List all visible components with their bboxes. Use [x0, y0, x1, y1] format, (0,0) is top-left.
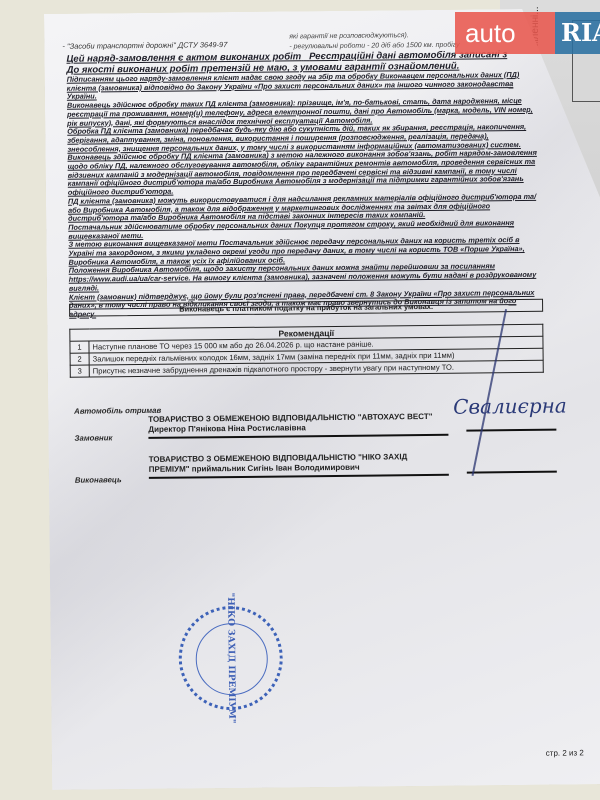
- stamp-text: "НІКО ЗАХІД ПРЕМІУМ": [225, 593, 236, 724]
- company-stamp: "НІКО ЗАХІД ПРЕМІУМ": [178, 606, 283, 711]
- standard-reference: - "Засоби транспортні дорожні" ДСТУ 3649…: [62, 40, 227, 51]
- page-number: стр. 2 из 2: [546, 748, 584, 757]
- contractor-party: ТОВАРИСТВО З ОБМЕЖЕНОЮ ВІДПОВІДАЛЬНІСТЮ …: [149, 452, 408, 475]
- customer-line: [148, 434, 448, 439]
- contractor-label: Виконавець: [75, 475, 122, 484]
- customer-party: ТОВАРИСТВО З ОБМЕЖЕНОЮ ВІДПОВІДАЛЬНІСТЮ …: [148, 412, 432, 435]
- customer-label: Замовник: [74, 433, 112, 442]
- warranty-note-1: які гарантії не розповсюджуються).: [289, 32, 409, 40]
- handwritten-signature: Свалиєрна: [453, 394, 567, 419]
- autoria-watermark: auto RIA: [455, 12, 600, 54]
- consent-text: Цей наряд-замовлення є актом виконаних р…: [66, 49, 539, 320]
- contractor-line: [149, 474, 449, 479]
- document-page: - "Засоби транспортні дорожні" ДСТУ 3649…: [44, 8, 600, 790]
- recommendations-table: Рекомендації 1 Наступне планове ТО через…: [69, 324, 543, 378]
- contractor-signature-line: [467, 471, 557, 473]
- paragraph: Виконавець здійснює обробку ПД клієнта (…: [67, 149, 537, 197]
- watermark-auto: auto: [455, 12, 555, 54]
- watermark-ria: RIA: [555, 12, 600, 54]
